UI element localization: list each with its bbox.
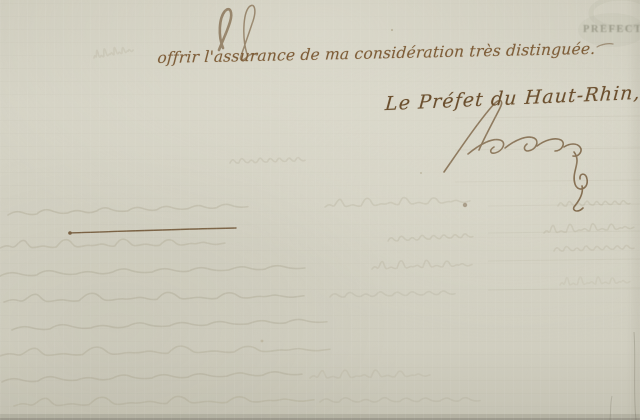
letterhead-fragment: PRÉFECTURE [583,24,640,35]
bottom-scan-shadow [0,414,640,420]
letter-scan-page: PRÉFECTURE offrir l'assurance de ma cons… [0,0,640,420]
letterhead-bleedthrough-text: PRÉFECTURE [583,24,640,35]
